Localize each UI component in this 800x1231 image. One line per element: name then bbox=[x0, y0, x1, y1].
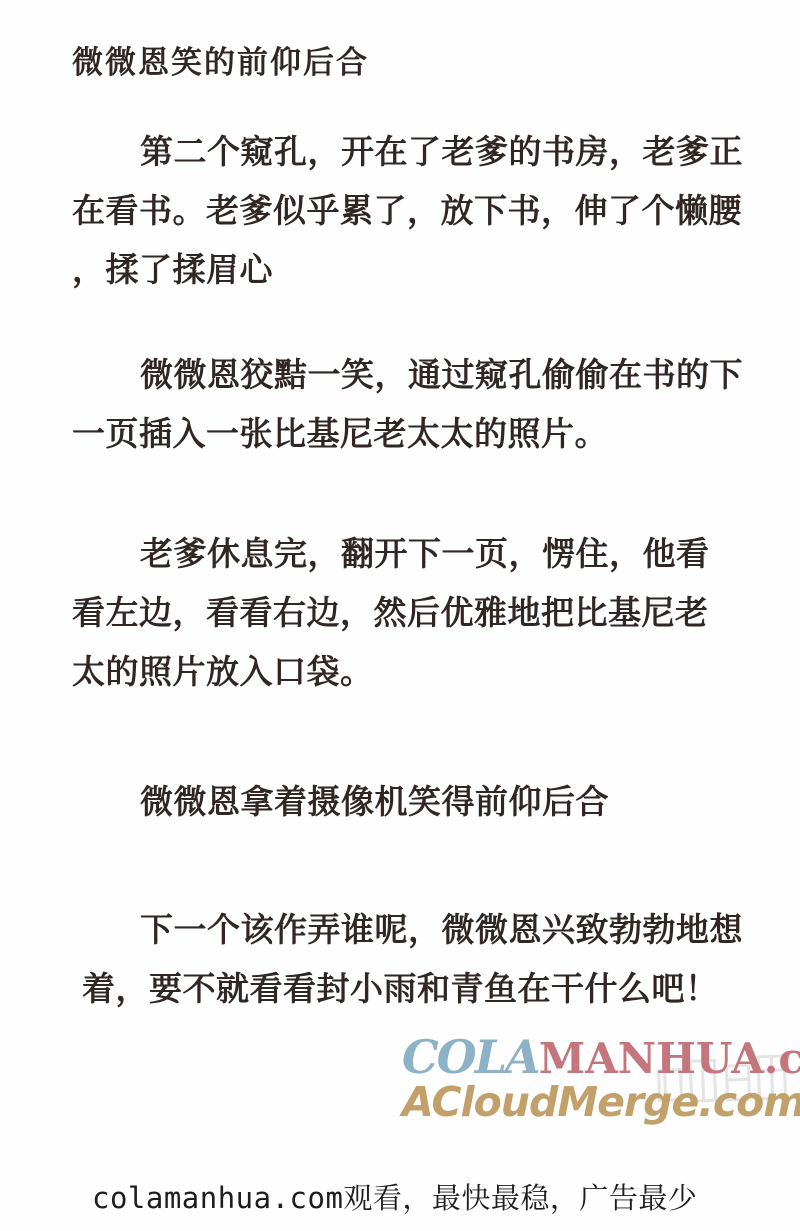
paragraph-1: 第二个窥孔，开在了老爹的书房，老爹正 在看书。老爹似乎累了，放下书，伸了个懒腰 … bbox=[72, 122, 752, 299]
text-line: 太的照片放入口袋。 bbox=[72, 642, 752, 701]
text-line: 着，要不就看看封小雨和青鱼在干什么吧！ bbox=[72, 959, 752, 1018]
site-watermark: COLAMANHUA.com ACloudMerge.com bbox=[402, 1034, 794, 1123]
page-title: 微微恩笑的前仰后合 bbox=[72, 44, 369, 82]
watermark-manhua-text: MANHUA.com bbox=[539, 1034, 800, 1083]
text-line: 老爹休息完，翻开下一页，愣住，他看 bbox=[72, 524, 752, 583]
watermark-row-1: COLAMANHUA.com bbox=[402, 1034, 794, 1080]
paragraph-2: 微微恩狡黠一笑，通过窥孔偷偷在书的下 一页插入一张比基尼老太太的照片。 bbox=[72, 345, 752, 463]
paragraph-5: 下一个该作弄谁呢，微微恩兴致勃勃地想 着，要不就看看封小雨和青鱼在干什么吧！ bbox=[72, 900, 752, 1018]
text-line: 微微恩狡黠一笑，通过窥孔偷偷在书的下 bbox=[72, 345, 752, 404]
paragraph-4: 微微恩拿着摄像机笑得前仰后合 bbox=[72, 772, 752, 831]
text-line: 在看书。老爹似乎累了，放下书，伸了个懒腰 bbox=[72, 181, 752, 240]
text-line: 一页插入一张比基尼老太太的照片。 bbox=[72, 404, 752, 463]
watermark-cola-text: COLA bbox=[402, 1030, 539, 1084]
text-line: 下一个该作弄谁呢，微微恩兴致勃勃地想 bbox=[72, 900, 752, 959]
watermark-acloudmerge-text: ACloudMerge.com bbox=[402, 1082, 794, 1123]
comic-text-page: 微微恩笑的前仰后合 第二个窥孔，开在了老爹的书房，老爹正 在看书。老爹似乎累了，… bbox=[0, 0, 800, 1231]
text-line: 微微恩拿着摄像机笑得前仰后合 bbox=[72, 772, 752, 831]
text-line: ，揉了揉眉心 bbox=[72, 240, 752, 299]
paragraph-3: 老爹休息完，翻开下一页，愣住，他看 看左边，看看右边，然后优雅地把比基尼老 太的… bbox=[72, 524, 752, 701]
footer-tagline: colamanhua.com观看，最快最稳，广告最少 bbox=[92, 1176, 697, 1217]
text-line: 看左边，看看右边，然后优雅地把比基尼老 bbox=[72, 583, 752, 642]
text-line: 第二个窥孔，开在了老爹的书房，老爹正 bbox=[72, 122, 752, 181]
